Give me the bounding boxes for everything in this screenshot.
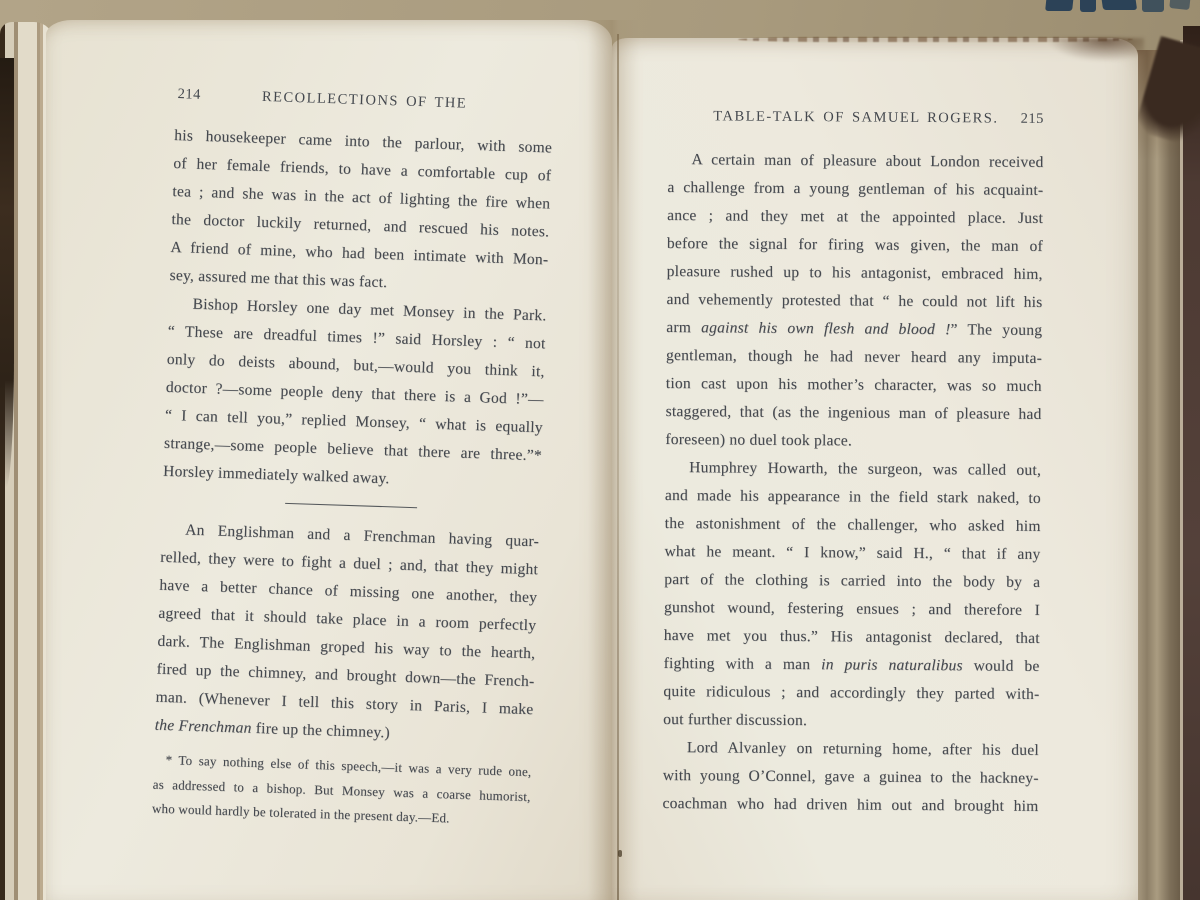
spine-letter-mark bbox=[1142, 0, 1164, 12]
running-header-right: TABLE-TALK OF SAMUEL ROGERS. bbox=[668, 106, 1044, 129]
page-number-right: 215 bbox=[1021, 109, 1044, 129]
right-cover-edge bbox=[1183, 26, 1200, 900]
text-line: ance ; and they met at the appointed pla… bbox=[667, 202, 1043, 233]
left-book-cover-edge bbox=[0, 58, 14, 488]
text-line: and vehemently protested that “ he could… bbox=[666, 286, 1042, 317]
running-header-left: RECOLLECTIONS OF THE bbox=[175, 84, 553, 117]
text-line: the astonishment of the challenger, who … bbox=[665, 510, 1041, 541]
page-215-text: TABLE-TALK OF SAMUEL ROGERS. 215 A certa… bbox=[662, 106, 1044, 821]
paragraph-humphrey-howarth: Humphrey Howarth, the surgeon, was calle… bbox=[663, 454, 1041, 737]
text-line: fighting with a man in puris naturalibus… bbox=[664, 650, 1040, 681]
text-line: part of the clothing is carried into the… bbox=[664, 566, 1040, 597]
text-line: with young O’Connel, gave a guinea to th… bbox=[663, 762, 1039, 793]
text-line: arm against his own flesh and blood !” T… bbox=[666, 314, 1042, 345]
text-line: gentleman, though he had never heard any… bbox=[666, 342, 1042, 373]
book-page-left: 214 RECOLLECTIONS OF THE his housekeeper… bbox=[46, 20, 612, 900]
spine-letter-mark bbox=[1101, 0, 1137, 10]
text-line: and made his appearance in the field sta… bbox=[665, 482, 1041, 513]
page-header-left: 214 RECOLLECTIONS OF THE bbox=[175, 84, 553, 117]
spine-letter-mark bbox=[1080, 0, 1096, 12]
text-line: have met you thus.” His antagonist decla… bbox=[664, 622, 1040, 653]
text-line: a challenge from a young gentleman of hi… bbox=[667, 174, 1043, 205]
photo-open-book: 214 RECOLLECTIONS OF THE his housekeeper… bbox=[0, 0, 1200, 900]
footnote: * To say nothing else of this speech,—it… bbox=[152, 748, 532, 834]
text-line: A certain man of pleasure about London r… bbox=[667, 146, 1043, 177]
text-line: tion cast upon his mother’s character, w… bbox=[666, 370, 1042, 401]
text-line: quite ridiculous ; and accordingly they … bbox=[663, 678, 1039, 709]
text-line: before the signal for firing was given, … bbox=[667, 230, 1043, 261]
paragraph-bishop-horsley: Bishop Horsley one day met Monsey in the… bbox=[163, 290, 547, 498]
text-line: Humphrey Howarth, the surgeon, was calle… bbox=[665, 454, 1041, 485]
text-line: coachman who had driven him out and brou… bbox=[662, 790, 1038, 821]
text-line: what he meant. “ I know,” said H., “ tha… bbox=[664, 538, 1040, 569]
text-line: Lord Alvanley on returning home, after h… bbox=[663, 734, 1039, 765]
spine-letter-mark bbox=[1169, 0, 1190, 10]
divider-rule bbox=[285, 503, 417, 508]
paragraph-housekeeper: his housekeeper came into the parlour, w… bbox=[169, 122, 552, 302]
text-line: pleasure rushed up to his antagonist, em… bbox=[667, 258, 1043, 289]
page-header-right: TABLE-TALK OF SAMUEL ROGERS. 215 bbox=[668, 106, 1044, 129]
gutter-mark bbox=[618, 850, 622, 857]
book-page-right: TABLE-TALK OF SAMUEL ROGERS. 215 A certa… bbox=[612, 38, 1138, 900]
text-line: staggered, that (as the ingenious man of… bbox=[665, 398, 1041, 429]
text-line: gunshot wound, festering ensues ; and th… bbox=[664, 594, 1040, 625]
page-number-left: 214 bbox=[177, 84, 201, 105]
page-214-text: 214 RECOLLECTIONS OF THE his housekeeper… bbox=[152, 84, 554, 834]
text-line: foreseen) no duel took place. bbox=[665, 426, 1041, 457]
background-spine-text-fragment bbox=[1042, 0, 1200, 20]
paragraph-man-of-pleasure: A certain man of pleasure about London r… bbox=[665, 146, 1043, 457]
paragraph-lord-alvanley: Lord Alvanley on returning home, after h… bbox=[662, 734, 1039, 821]
paragraph-duel-in-the-dark: An Englishman and a Frenchman having qua… bbox=[154, 516, 539, 752]
spine-letter-mark bbox=[1045, 0, 1074, 11]
text-line: out further discussion. bbox=[663, 706, 1039, 737]
